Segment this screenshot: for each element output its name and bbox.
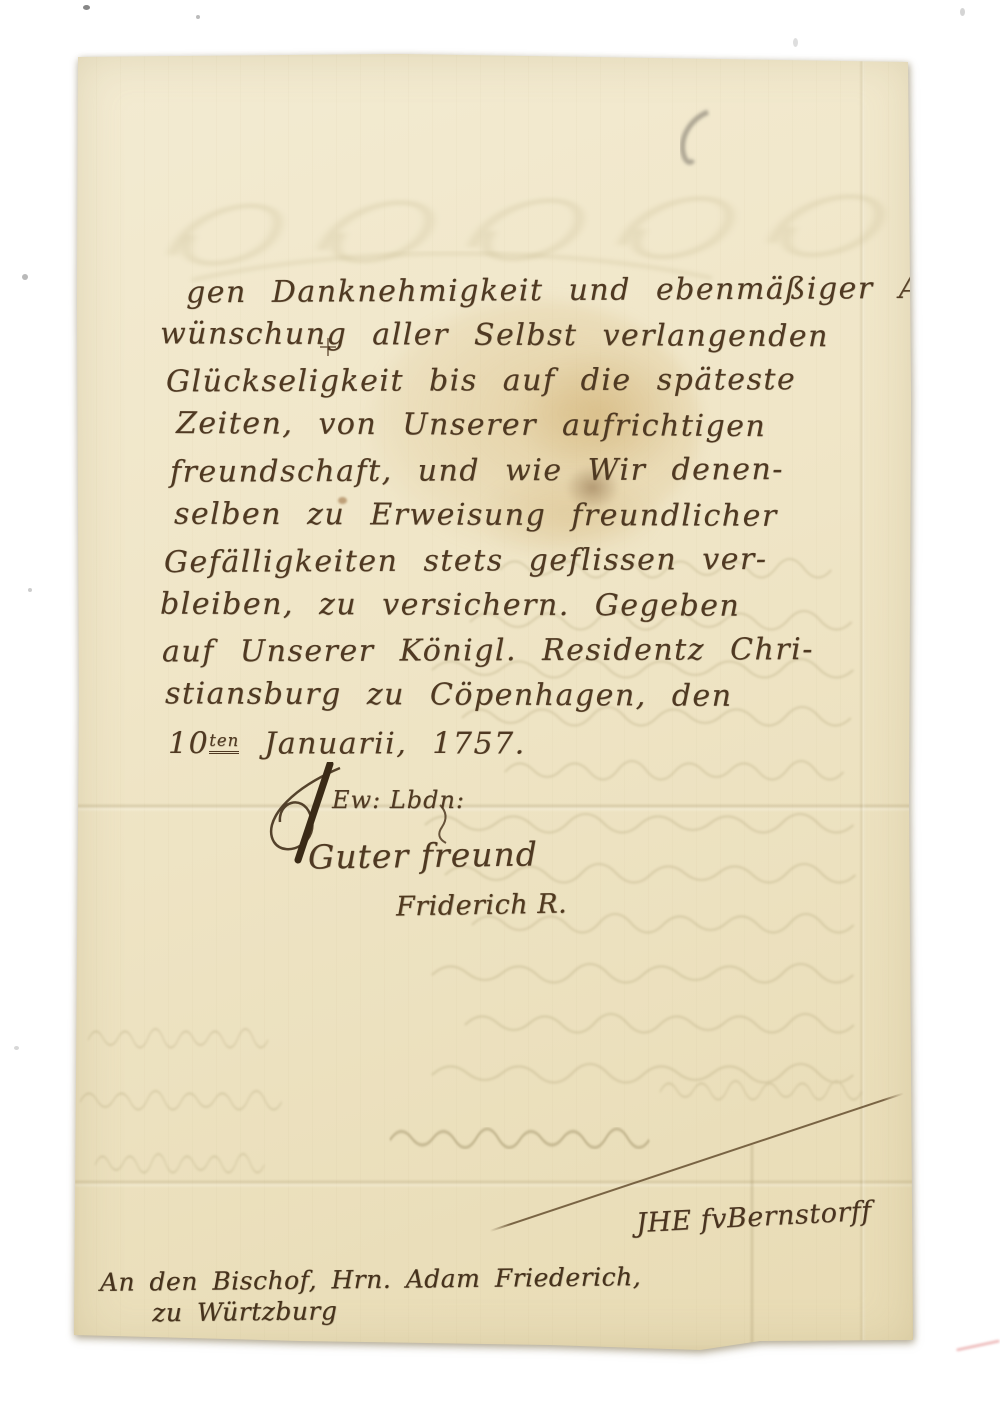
scan-speck (196, 15, 200, 19)
scan-speck (28, 588, 32, 592)
royal-signature: Friderich R. (396, 889, 568, 923)
salutation-text: Ew: Lbdn: (332, 786, 465, 814)
valediction: Guter freund (308, 834, 538, 876)
scan-speck (22, 274, 28, 280)
letter-line: bleiben, zu versichern. Gegeben (160, 582, 955, 630)
date-ordinal: ten (209, 731, 239, 754)
letter-scan: gen Danknehmigkeit und ebenmäßiger An- w… (0, 0, 1000, 1410)
letter-body: gen Danknehmigkeit und ebenmäßiger An- w… (160, 268, 954, 763)
date-day: 10 (168, 726, 209, 761)
date-rest: Januarii, 1757. (239, 726, 525, 761)
letter-line: gen Danknehmigkeit und ebenmäßiger An- (186, 266, 955, 316)
paper-shadow-wrap: gen Danknehmigkeit und ebenmäßiger An- w… (0, 0, 1000, 1410)
scan-speck (960, 8, 965, 16)
address-line-1: An den Bischof, Hrn. Adam Friederich, (100, 1262, 642, 1297)
countersignature: JHE fvBernstorff (635, 1196, 872, 1239)
letter-line: Gefälligkeiten stets geflissen ver- (164, 536, 955, 585)
scan-speck (14, 1046, 19, 1050)
letter-line: Zeiten, von Unserer aufrichtigen (176, 401, 955, 450)
address-block: An den Bischof, Hrn. Adam Friederich, zu… (100, 1262, 642, 1328)
letter-line: selben zu Erweisung freundlicher (174, 492, 955, 540)
address-line-2: zu Würtzburg (152, 1293, 642, 1327)
date-line: 10ten Januarii, 1757. (168, 718, 954, 763)
fold-crease-horizontal-2 (72, 1179, 917, 1188)
letter-line: auf Unserer Königl. Residentz Chri- (162, 627, 955, 675)
letter-line: wünschung aller Selbst verlangenden (160, 311, 955, 359)
letter-line: freundschaft, und wie Wir denen- (170, 446, 955, 494)
fold-crease-vertical-2 (749, 1145, 755, 1352)
letter-paper: gen Danknehmigkeit und ebenmäßiger An- w… (72, 50, 917, 1352)
letter-line: stiansburg zu Cöpenhagen, den (165, 671, 955, 719)
letter-line: Glückseligkeit bis auf die späteste (166, 357, 955, 405)
scan-speck (83, 5, 90, 10)
scan-speck (793, 38, 798, 47)
